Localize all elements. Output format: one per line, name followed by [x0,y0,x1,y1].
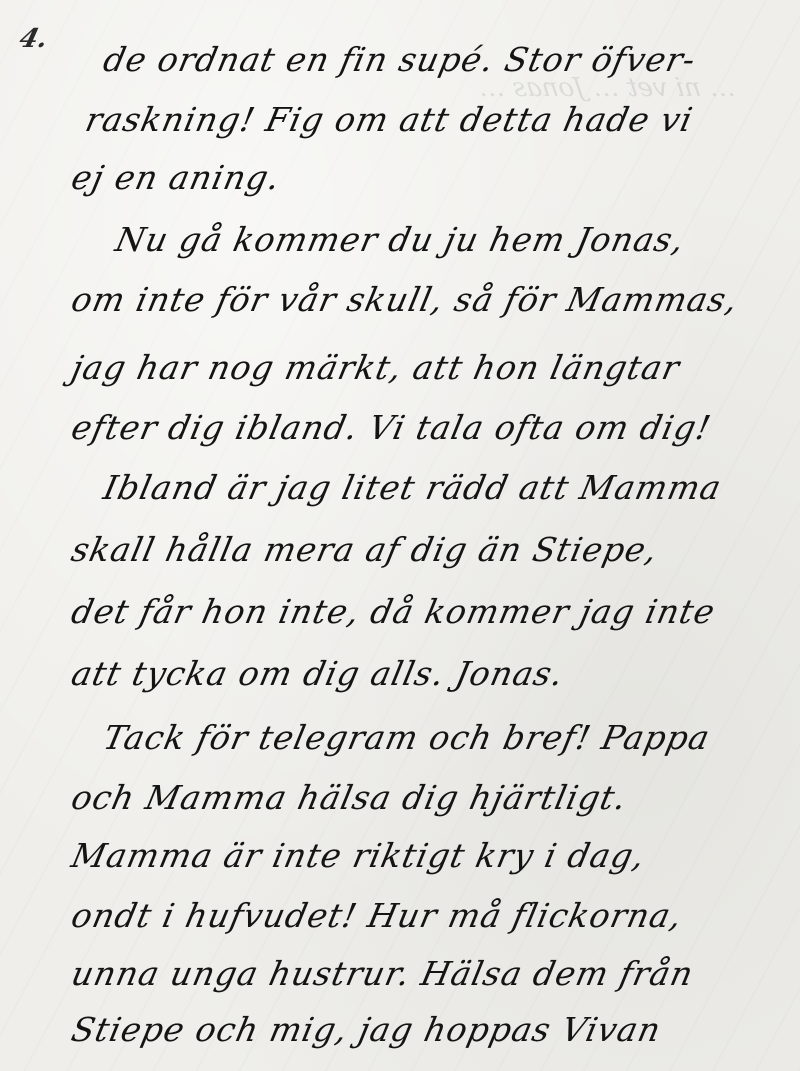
letter-line: skall hålla mera af dig än Stiepe, [68,530,662,569]
letter-line: och Mamma hälsa dig hjärtligt. [68,778,631,817]
letter-line: Stiepe och mig, jag hoppas Vivan [68,1010,665,1049]
letter-line: efter dig ibland. Vi tala ofta om dig! [68,408,715,447]
letter-line: raskning! Fig om att detta hade vi [82,100,697,139]
letter-line: att tycka om dig alls. Jonas. [68,654,568,693]
letter-line: Nu gå kommer du ju hem Jonas, [112,220,688,259]
letter-line: det får hon inte, då kommer jag inte [68,592,719,631]
letter-line: de ordnat en fin supé. Stor öfver- [100,40,700,79]
letter-line: Mamma är inte riktigt kry i dag, [68,836,649,875]
letter-line: ej en aning. [68,158,284,197]
letter-line: jag har nog märkt, att hon längtar [68,348,684,387]
letter-line: Ibland är jag litet rädd att Mamma [100,468,725,507]
letter-line: ondt i hufvudet! Hur må flickorna, [68,896,686,935]
letter-line: unna unga hustrur. Hälsa dem från [68,954,697,993]
letter-line: Tack för telegram och bref! Pappa [100,718,714,757]
letter-line: om inte för vår skull, så för Mammas, [68,280,742,319]
